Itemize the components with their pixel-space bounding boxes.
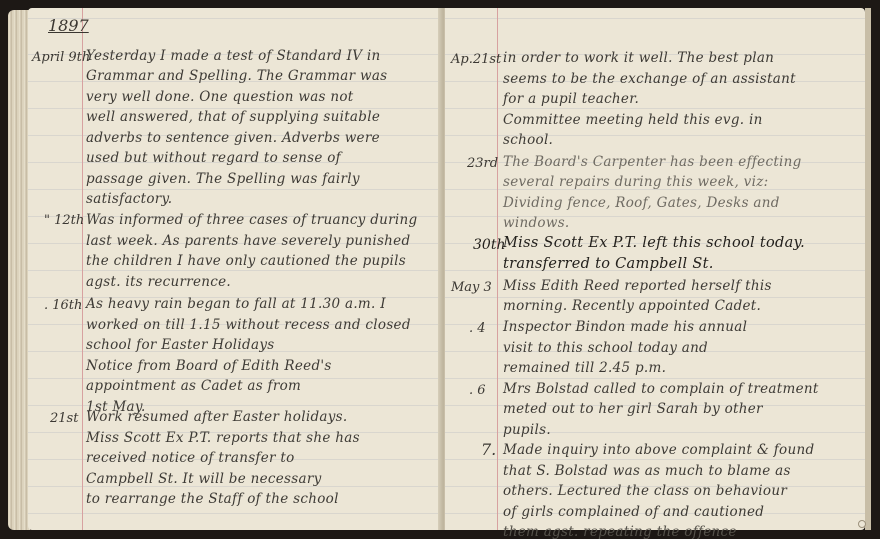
year-heading: 1897 bbox=[48, 16, 89, 35]
entry-line: The Board's Carpenter has been effecting bbox=[503, 154, 802, 170]
entry-line: the children I have only cautioned the p… bbox=[86, 253, 406, 269]
entry-line: windows. bbox=[503, 215, 570, 231]
entry-line: pupils. bbox=[503, 422, 551, 438]
entry-date: . 16th bbox=[44, 298, 82, 313]
entry-date: April 9th bbox=[32, 50, 90, 65]
entry-line: Campbell St. It will be necessary bbox=[86, 471, 322, 487]
entry-line: worked on till 1.15 without recess and c… bbox=[86, 317, 411, 333]
entry-line: received notice of transfer to bbox=[86, 450, 295, 466]
entry-line: Mrs Bolstad called to complain of treatm… bbox=[503, 381, 819, 397]
entry-line: Dividing fence, Roof, Gates, Desks and bbox=[503, 195, 780, 211]
entry-line: As heavy rain began to fall at 11.30 a.m… bbox=[86, 296, 386, 312]
entry-date: 7. bbox=[481, 440, 496, 459]
entry-line: Miss Edith Reed reported herself this bbox=[503, 278, 772, 294]
entry-line: Made inquiry into above complaint & foun… bbox=[503, 442, 814, 458]
entry-line: agst. its recurrence. bbox=[86, 274, 231, 290]
entry-line: used but without regard to sense of bbox=[86, 150, 341, 166]
entry-line: seems to be the exchange of an assistant bbox=[503, 71, 796, 87]
entry-line: Notice from Board of Edith Reed's bbox=[86, 358, 332, 374]
entry-line: satisfactory. bbox=[86, 191, 172, 207]
entry-line: Committee meeting held this evg. in bbox=[503, 112, 763, 128]
right-page: Ap.21st in order to work it well. The be… bbox=[445, 8, 865, 530]
page-edge-right bbox=[865, 8, 871, 530]
entry-line: adverbs to sentence given. Adverbs were bbox=[86, 130, 380, 146]
entry-line: that S. Bolstad was as much to blame as bbox=[503, 463, 791, 479]
entry-date: 30th bbox=[473, 237, 505, 253]
entry-date: " 12th bbox=[44, 213, 84, 228]
entry-line: Yesterday I made a test of Standard IV i… bbox=[86, 48, 381, 64]
entry-line: several repairs during this week, viz: bbox=[503, 174, 768, 190]
entry-line: Grammar and Spelling. The Grammar was bbox=[86, 68, 387, 84]
entry-line: to rearrange the Staff of the school bbox=[86, 491, 339, 507]
entry-line: appointment as Cadet as from bbox=[86, 378, 301, 394]
margin-rule bbox=[497, 8, 498, 530]
entry-line: Was informed of three cases of truancy d… bbox=[86, 212, 417, 228]
entry-line: Miss Scott Ex P.T. reports that she has bbox=[86, 430, 360, 446]
entry-date: 21st bbox=[50, 411, 78, 426]
entry-line: morning. Recently appointed Cadet. bbox=[503, 298, 761, 314]
entry-line: others. Lectured the class on behaviour bbox=[503, 483, 787, 499]
entry-date: 23rd bbox=[467, 156, 498, 171]
entry-line: Inspector Bindon made his annual bbox=[503, 319, 747, 335]
entry-line: Miss Scott Ex P.T. left this school toda… bbox=[503, 235, 805, 251]
entry-line: remained till 2.45 p.m. bbox=[503, 360, 666, 376]
page-edges bbox=[8, 10, 30, 530]
entry-line: of girls complained of and cautioned bbox=[503, 504, 764, 520]
entry-line: meted out to her girl Sarah by other bbox=[503, 401, 763, 417]
entry-date: May 3 bbox=[451, 280, 492, 295]
entry-date: Ap.21st bbox=[451, 52, 501, 67]
left-page: 1897 April 9th Yesterday I made a test o… bbox=[28, 8, 443, 530]
entry-line: last week. As parents have severely puni… bbox=[86, 233, 410, 249]
entry-line: very well done. One question was not bbox=[86, 89, 354, 105]
entry-line: well answered, that of supplying suitabl… bbox=[86, 109, 380, 125]
entry-line: school. bbox=[503, 132, 553, 148]
entry-line: for a pupil teacher. bbox=[503, 91, 639, 107]
entry-line: passage given. The Spelling was fairly bbox=[86, 171, 360, 187]
entry-line: Work resumed after Easter holidays. bbox=[86, 409, 348, 425]
entry-line: visit to this school today and bbox=[503, 340, 708, 356]
entry-line: school for Easter Holidays bbox=[86, 337, 275, 353]
entry-line: in order to work it well. The best plan bbox=[503, 50, 774, 66]
entry-date: . 4 bbox=[469, 321, 486, 336]
open-log-book: 1897 April 9th Yesterday I made a test o… bbox=[0, 0, 880, 539]
entry-line: transferred to Campbell St. bbox=[503, 256, 714, 272]
entry-line: them agst. repeating the offence bbox=[503, 524, 737, 539]
entry-date: . 6 bbox=[469, 383, 486, 398]
page-corner-mark bbox=[858, 520, 866, 528]
margin-rule bbox=[82, 8, 83, 530]
